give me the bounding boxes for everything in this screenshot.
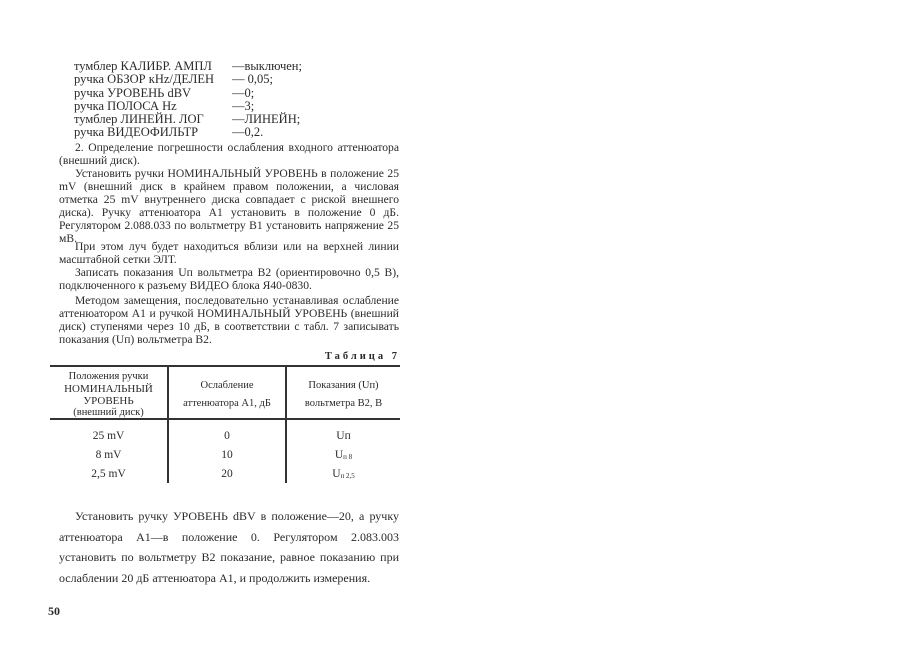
reading-cell: Uп 8: [287, 449, 400, 461]
reading-cell: Uп: [287, 430, 400, 442]
setting-label: тумблер КАЛИБР. АМПЛ: [74, 60, 232, 73]
header-line: УРОВЕНЬ: [50, 395, 167, 407]
setting-value: —0;: [232, 87, 254, 100]
attenuation-cell: 20: [169, 468, 285, 480]
attenuation-cell: 10: [169, 449, 285, 461]
setting-label: ручка ОБЗОР кHz/ДЕЛЕН: [74, 73, 232, 86]
settings-list: тумблер КАЛИБР. АМПЛ—выключен; ручка ОБЗ…: [74, 60, 302, 140]
setting-row: ручка УРОВЕНЬ dBV—0;: [74, 87, 302, 100]
header-line: вольтметра В2, В: [287, 395, 400, 413]
table-top-rule: [50, 365, 400, 367]
body-paragraph: Записать показания Uп вольтметра В2 (ори…: [59, 266, 399, 292]
header-cell-reading: Показания (Uп) вольтметра В2, В: [287, 377, 400, 413]
header-cell-attenuation: Ослабление аттенюатора А1, дБ: [169, 377, 285, 413]
setting-value: —выключен;: [232, 60, 302, 73]
setting-row: ручка ПОЛОСА Hz—3;: [74, 100, 302, 113]
header-line: аттенюатора А1, дБ: [169, 395, 285, 413]
table-caption: Таблица 7: [320, 351, 400, 362]
setting-value: —3;: [232, 100, 254, 113]
setting-value: — 0,05;: [232, 73, 273, 86]
setting-row: тумблер ЛИНЕЙН. ЛОГ—ЛИНЕЙН;: [74, 113, 302, 126]
header-cell-level: Положения ручки НОМИНАЛЬНЫЙ УРОВЕНЬ (вне…: [50, 371, 167, 419]
body-paragraph: При этом луч будет находиться вблизи или…: [59, 240, 399, 266]
level-cell: 2,5 mV: [50, 468, 167, 480]
reading-text: Uп: [336, 430, 350, 442]
setting-label: ручка УРОВЕНЬ dBV: [74, 87, 232, 100]
setting-label: ручка ПОЛОСА Hz: [74, 100, 232, 113]
header-line: Ослабление: [169, 377, 285, 395]
section-heading-paragraph: 2. Определение погрешности ослабления вх…: [59, 141, 399, 167]
reading-subscript: п 2,5: [341, 472, 355, 480]
header-line: (внешний диск): [50, 407, 167, 419]
setting-label: тумблер ЛИНЕЙН. ЛОГ: [74, 113, 232, 126]
level-cell: 8 mV: [50, 449, 167, 461]
reading-subscript: п 8: [343, 453, 352, 461]
setting-value: —ЛИНЕЙН;: [232, 113, 300, 126]
setting-row: ручка ВИДЕОФИЛЬТР—0,2.: [74, 126, 302, 139]
setting-value: —0,2.: [232, 126, 263, 139]
attenuation-cell: 0: [169, 430, 285, 442]
header-line: Показания (Uп): [287, 377, 400, 395]
final-paragraph: Установить ручку УРОВЕНЬ dBV в положение…: [59, 506, 399, 588]
page-number: 50: [48, 604, 60, 619]
reading-cell: Uп 2,5: [287, 468, 400, 480]
body-paragraph: Методом замещения, последовательно устан…: [59, 294, 399, 346]
setting-label: ручка ВИДЕОФИЛЬТР: [74, 126, 232, 139]
header-line: Положения ручки: [50, 371, 167, 383]
level-cell: 25 mV: [50, 430, 167, 442]
document-page: тумблер КАЛИБР. АМПЛ—выключен; ручка ОБЗ…: [0, 0, 900, 670]
header-line: НОМИНАЛЬНЫЙ: [50, 383, 167, 395]
reading-text: U: [335, 449, 343, 461]
setting-row: ручка ОБЗОР кHz/ДЕЛЕН— 0,05;: [74, 73, 302, 86]
setting-row: тумблер КАЛИБР. АМПЛ—выключен;: [74, 60, 302, 73]
reading-text: U: [332, 468, 340, 480]
body-paragraph: Установить ручки НОМИНАЛЬНЫЙ УРОВЕНЬ в п…: [59, 167, 399, 245]
